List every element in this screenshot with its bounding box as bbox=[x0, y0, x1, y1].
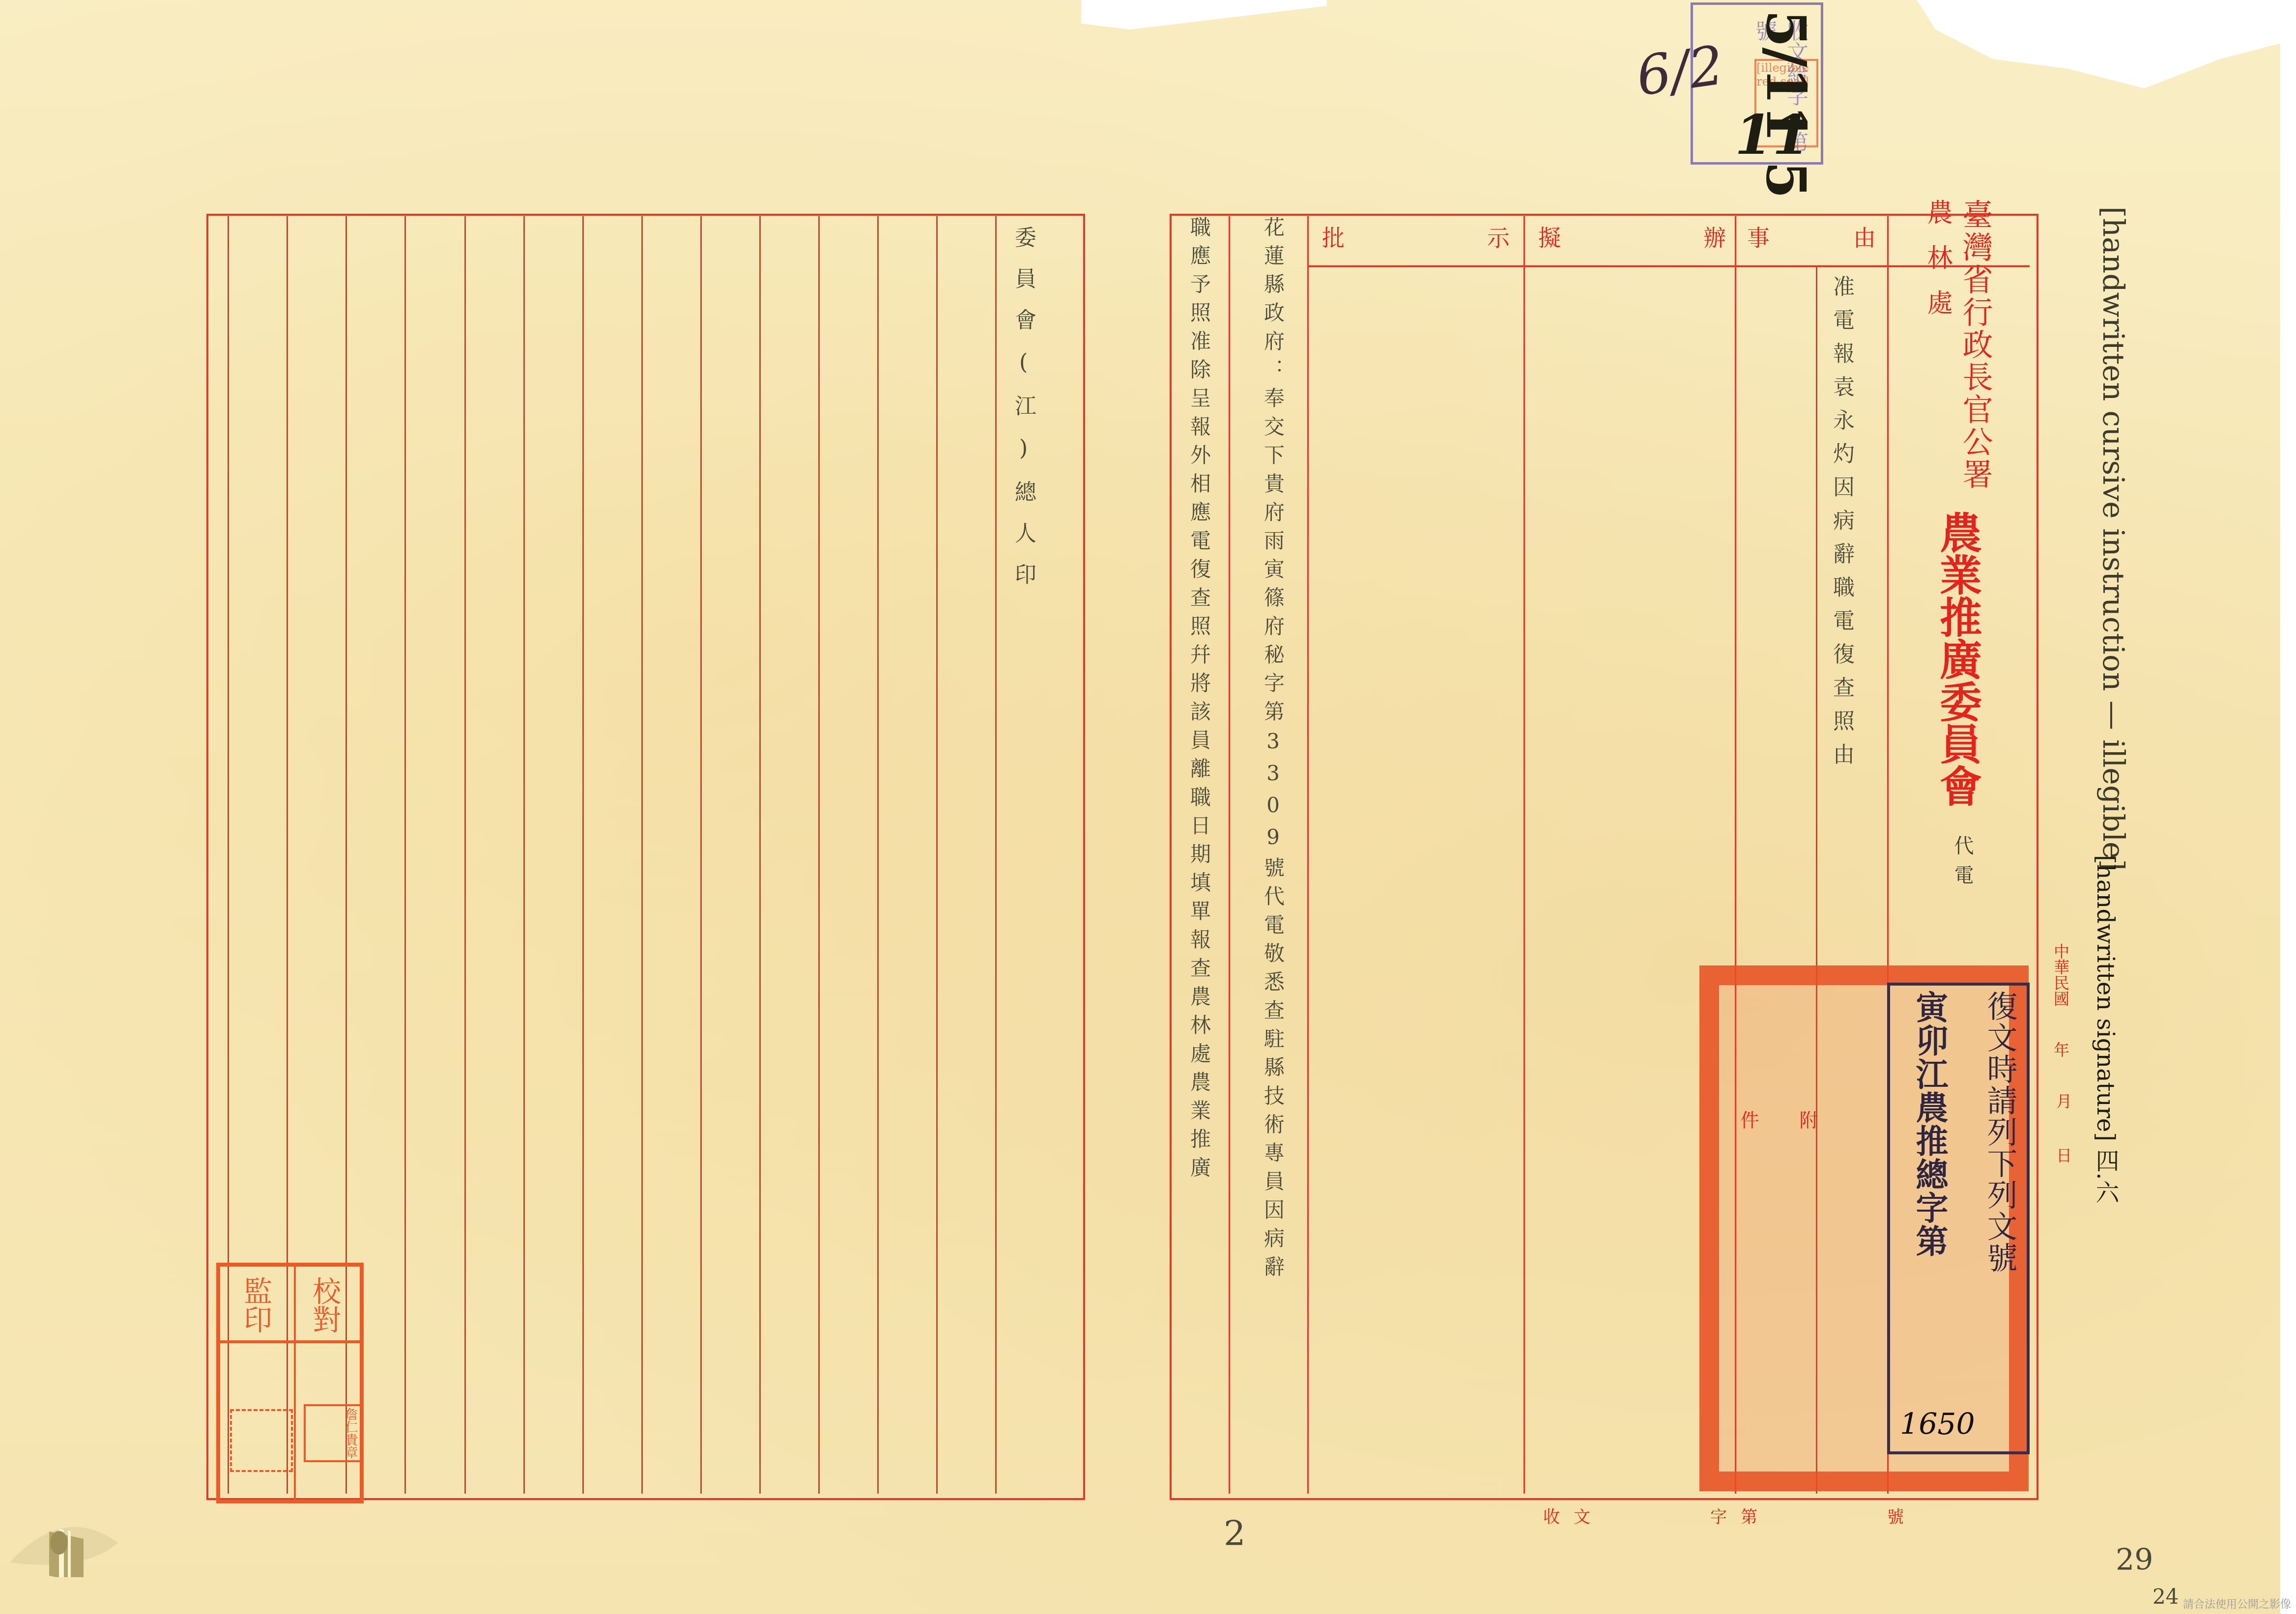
torn-edge-right bbox=[2280, 0, 2296, 1614]
reply-stamp-number: 1650 bbox=[1900, 1407, 1975, 1442]
grid-line bbox=[700, 216, 702, 1494]
grid-line bbox=[995, 216, 997, 1494]
issuer-line2: 農林處 bbox=[1919, 199, 1956, 335]
proofread-name-seal: 詹仁貴章 bbox=[304, 1404, 362, 1462]
supervise-name-seal bbox=[230, 1409, 293, 1472]
reply-reference-stamp: 復文時請列下列文號 寅卯江農推總字第 1650 bbox=[1887, 983, 2030, 1454]
pencil-note-top: 6/2 bbox=[1633, 33, 1727, 108]
footer-received: 收文 bbox=[1543, 1503, 1604, 1528]
page-mark-2: 2 bbox=[1224, 1513, 1246, 1554]
archive-logo-icon bbox=[10, 1513, 118, 1577]
grid-line bbox=[759, 216, 761, 1494]
body-text-col1: 花蓮縣政府：奉交下貴府雨寅篠府秘字第3309號代電敬悉查駐縣技術專員因病辭 bbox=[1258, 216, 1288, 1284]
body-text-col2: 職應予照准除呈報外相應電復查照幷將該員離職日期填單報查農林處農業推廣 bbox=[1184, 216, 1214, 1185]
grid-line bbox=[464, 216, 466, 1494]
grid-line bbox=[936, 216, 938, 1494]
handwritten-signature: [handwritten signature] 四.六 bbox=[2089, 855, 2123, 1203]
date-month: 月 bbox=[2052, 1093, 2074, 1109]
proofread-supervise-seal: 校對 監印 詹仁貴章 bbox=[216, 1263, 364, 1503]
date-year: 年 bbox=[2049, 1042, 2072, 1057]
issuer-line1: 臺灣省行政長官公署 bbox=[1953, 199, 1997, 491]
supervise-label: 監印 bbox=[235, 1276, 276, 1333]
grid-line bbox=[404, 216, 406, 1494]
footer-char: 字第 bbox=[1710, 1503, 1771, 1528]
proofread-label: 校對 bbox=[304, 1276, 345, 1333]
footer-number: 號 bbox=[1887, 1503, 1904, 1528]
body-text-col3: 委員會(江)總人印 bbox=[1007, 226, 1039, 604]
grid-line bbox=[1307, 216, 1309, 1494]
copyright-watermark: 請合法使用公開之影像 bbox=[2183, 1596, 2291, 1611]
page-number-24: 24 bbox=[2152, 1585, 2179, 1609]
grid-line bbox=[523, 216, 525, 1494]
grid-line bbox=[877, 216, 879, 1494]
subject-text: 准電報袁永灼因病辭職電復查照由 bbox=[1826, 275, 1857, 776]
grid-line bbox=[641, 216, 643, 1494]
date-day: 日 bbox=[2052, 1147, 2074, 1163]
attachment-label2: 件 bbox=[1735, 1110, 1762, 1129]
grid-line bbox=[1229, 216, 1230, 1494]
handwritten-annotation: [handwritten cursive instruction — illeg… bbox=[2049, 206, 2128, 871]
reply-stamp-line1: 復文時請列下列文號 bbox=[1978, 991, 2022, 1274]
grid-line bbox=[1523, 216, 1525, 1494]
reply-stamp-line2: 寅卯江農推總字第 bbox=[1906, 991, 1953, 1258]
date-prefix: 中華民國 bbox=[2049, 943, 2072, 1006]
grid-line bbox=[582, 216, 584, 1494]
attachment-label1: 附 bbox=[1794, 1110, 1821, 1129]
doc-type: 代電 bbox=[1949, 835, 1977, 894]
grid-line bbox=[818, 216, 820, 1494]
page-number-29: 29 bbox=[2116, 1543, 2153, 1577]
handwritten-mark-11: 11 bbox=[1735, 103, 1810, 167]
issuer-main: 農業推廣委員會 bbox=[1926, 511, 1987, 807]
